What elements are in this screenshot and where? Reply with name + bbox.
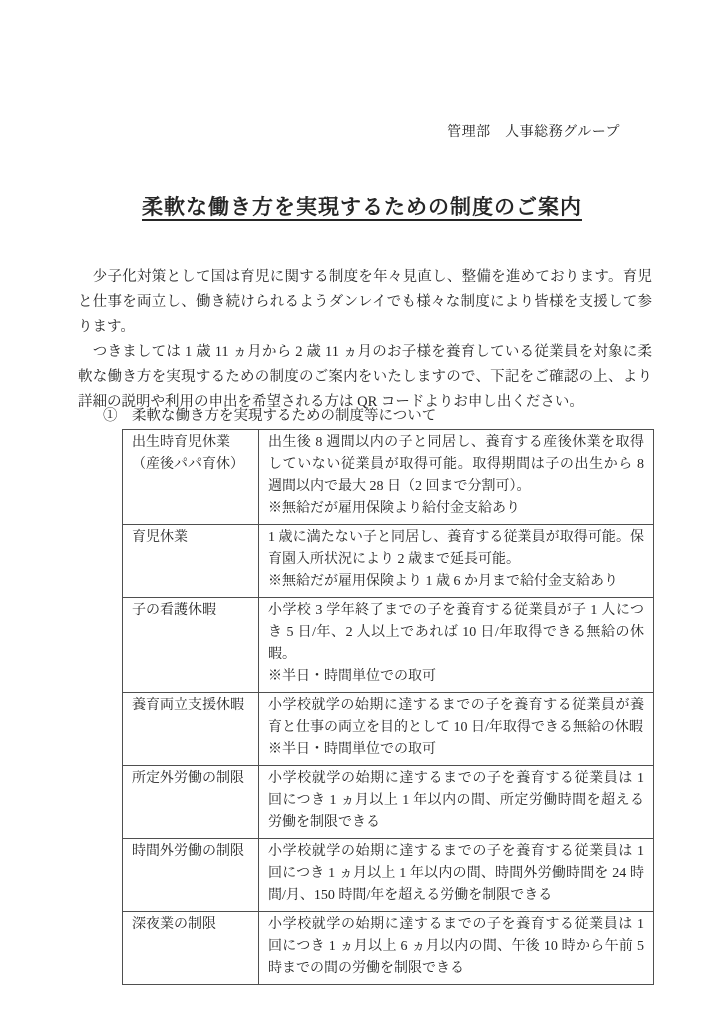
benefit-description-cell: 1 歳に満たない子と同居し、養育する従業員が取得可能。保育園入所状況により 2 … (259, 525, 654, 598)
intro-paragraph-1: 少子化対策として国は育児に関する制度を年々見直し、整備を進めております。育児と仕… (78, 265, 652, 340)
intro-section: 少子化対策として国は育児に関する制度を年々見直し、整備を進めております。育児と仕… (78, 265, 652, 415)
benefits-table: 出生時育児休業 （産後パパ育休） 出生後 8 週間以内の子と同居し、養育する産後… (122, 429, 654, 985)
benefit-description-cell: 出生後 8 週間以内の子と同居し、養育する産後休業を取得していない従業員が取得可… (259, 430, 654, 525)
page-title-text: 柔軟な働き方を実現するための制度のご案内 (142, 195, 582, 219)
department-label: 管理部 人事総務グループ (447, 121, 620, 141)
table-row: 養育両立支援休暇 小学校就学の始期に達するまでの子を養育する従業員が養育と仕事の… (123, 693, 654, 766)
benefit-description-cell: 小学校就学の始期に達するまでの子を養育する従業員は 1 回につき 1 ヵ月以上 … (259, 766, 654, 839)
benefit-name-cell: 育児休業 (123, 525, 259, 598)
page-title: 柔軟な働き方を実現するための制度のご案内 (0, 191, 724, 221)
benefit-name-cell: 深夜業の制限 (123, 912, 259, 985)
benefit-name-cell: 時間外労働の制限 (123, 839, 259, 912)
table-row: 時間外労働の制限 小学校就学の始期に達するまでの子を養育する従業員は 1 回につ… (123, 839, 654, 912)
table-row: 出生時育児休業 （産後パパ育休） 出生後 8 週間以内の子と同居し、養育する産後… (123, 430, 654, 525)
benefit-name-cell: 養育両立支援休暇 (123, 693, 259, 766)
document-page: 管理部 人事総務グループ 柔軟な働き方を実現するための制度のご案内 少子化対策と… (0, 0, 724, 1024)
benefit-description-cell: 小学校 3 学年終了までの子を養育する従業員が子 1 人につき 5 日/年、2 … (259, 598, 654, 693)
table-row: 子の看護休暇 小学校 3 学年終了までの子を養育する従業員が子 1 人につき 5… (123, 598, 654, 693)
section-heading: ① 柔軟な働き方を実現するための制度等について (103, 404, 436, 425)
benefit-description-cell: 小学校就学の始期に達するまでの子を養育する従業員は 1 回につき 1 ヵ月以上 … (259, 839, 654, 912)
table-row: 育児休業 1 歳に満たない子と同居し、養育する従業員が取得可能。保育園入所状況に… (123, 525, 654, 598)
benefit-description-cell: 小学校就学の始期に達するまでの子を養育する従業員は 1 回につき 1 ヵ月以上 … (259, 912, 654, 985)
benefit-name-cell: 子の看護休暇 (123, 598, 259, 693)
table-row: 所定外労働の制限 小学校就学の始期に達するまでの子を養育する従業員は 1 回につ… (123, 766, 654, 839)
benefit-description-cell: 小学校就学の始期に達するまでの子を養育する従業員が養育と仕事の両立を目的として … (259, 693, 654, 766)
benefit-name-cell: 出生時育児休業 （産後パパ育休） (123, 430, 259, 525)
benefit-name-cell: 所定外労働の制限 (123, 766, 259, 839)
table-row: 深夜業の制限 小学校就学の始期に達するまでの子を養育する従業員は 1 回につき … (123, 912, 654, 985)
